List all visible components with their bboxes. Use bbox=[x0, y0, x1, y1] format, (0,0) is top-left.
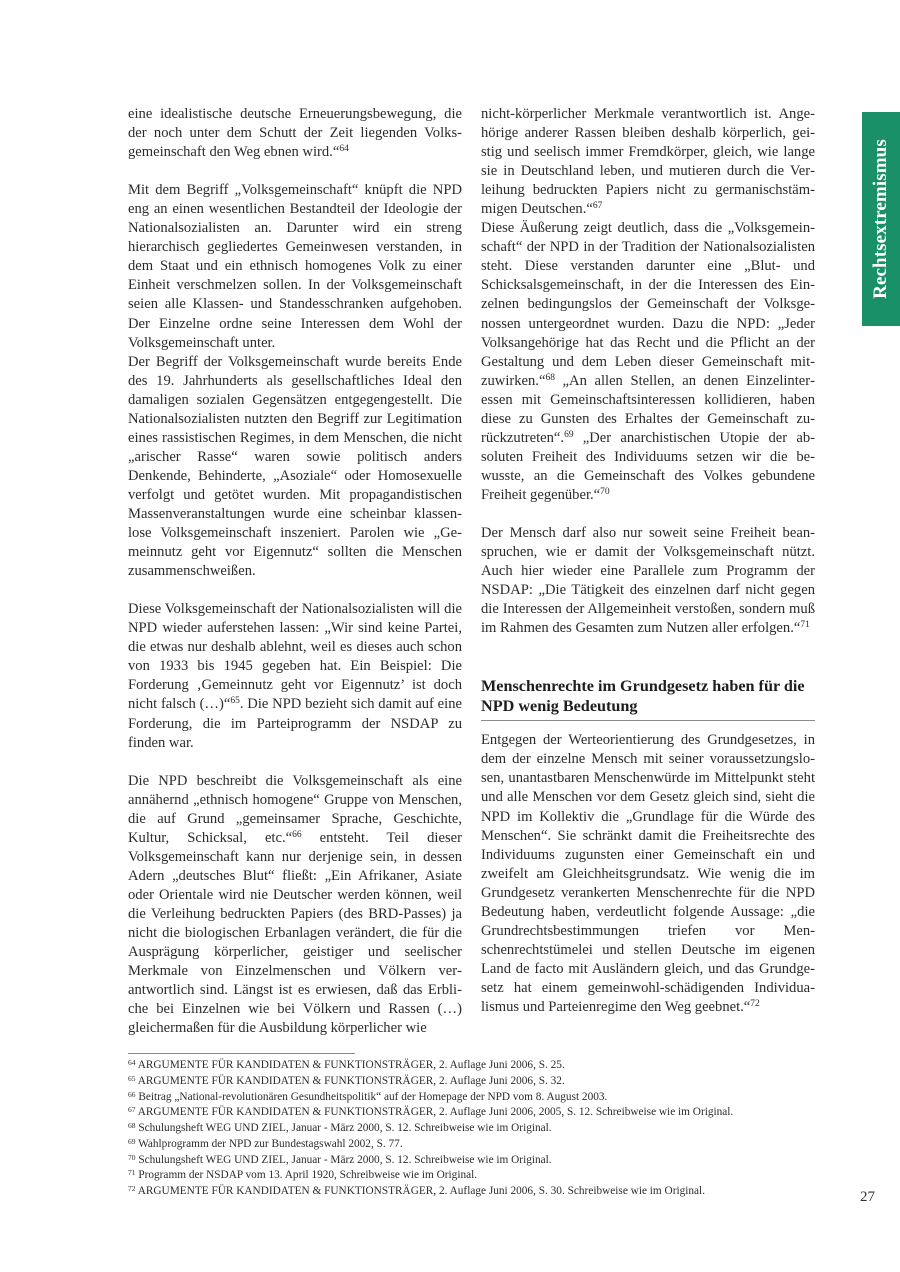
paragraph-text: Entgegen der Werteorientierung des Grund… bbox=[481, 732, 815, 1015]
footnote-item: 69 Wahlprogramm der NPD zur Bundestagswa… bbox=[128, 1137, 828, 1153]
left-text-column: eine idealistische deutsche Erneuerungsb… bbox=[128, 105, 462, 1038]
section-heading: Menschenrechte im Grundgesetz haben für … bbox=[481, 676, 815, 721]
footnote-ref[interactable]: 68 bbox=[545, 373, 555, 383]
footnotes: 64 ARGUMENTE FÜR KANDIDATEN & FUNKTIONST… bbox=[128, 1058, 828, 1200]
footnote-text: ARGUMENTE FÜR KANDIDATEN & FUNKTIONSTRÄG… bbox=[138, 1185, 705, 1197]
footnote-text: ARGUMENTE FÜR KANDIDATEN & FUNKTIONSTRÄG… bbox=[138, 1075, 565, 1087]
footnote-text: Schulungsheft WEG UND ZIEL, Januar - Mär… bbox=[138, 1154, 551, 1166]
paragraph: Der Begriff der Volksgemeinschaft wurde … bbox=[128, 353, 462, 582]
footnote-ref[interactable]: 72 bbox=[750, 999, 760, 1009]
footnote-number: 69 bbox=[128, 1137, 136, 1146]
chapter-tab-label: Rechtsextremismus bbox=[870, 139, 892, 299]
footnote-number: 67 bbox=[128, 1105, 136, 1114]
footnote-ref[interactable]: 66 bbox=[292, 830, 302, 840]
footnote-text: Beitrag „National-revolutionären Gesundh… bbox=[138, 1091, 607, 1103]
page-number: 27 bbox=[860, 1189, 875, 1206]
footnote-number: 70 bbox=[128, 1153, 136, 1162]
footnote-number: 72 bbox=[128, 1184, 136, 1193]
footnote-ref[interactable]: 70 bbox=[600, 487, 610, 497]
footnote-text: ARGUMENTE FÜR KANDIDATEN & FUNKTIONSTRÄG… bbox=[138, 1059, 565, 1071]
footnote-text: Wahlprogramm der NPD zur Bundestagswahl … bbox=[138, 1138, 403, 1150]
footnote-item: 70 Schulungsheft WEG UND ZIEL, Januar - … bbox=[128, 1153, 828, 1169]
footnote-text: Schulungsheft WEG UND ZIEL, Januar - Mär… bbox=[138, 1122, 551, 1134]
paragraph: Diese Äußerung zeigt deutlich, dass die … bbox=[481, 219, 815, 505]
paragraph: Entgegen der Werteorientierung des Grund… bbox=[481, 731, 815, 1017]
footnote-item: 65 ARGUMENTE FÜR KANDIDATEN & FUNKTIONST… bbox=[128, 1074, 828, 1090]
paragraph: Mit dem Begriff „Volksgemeinschaft“ knüp… bbox=[128, 181, 462, 352]
footnote-text: Programm der NSDAP vom 13. April 1920, S… bbox=[138, 1169, 477, 1181]
footnote-number: 66 bbox=[128, 1090, 136, 1099]
footnote-number: 65 bbox=[128, 1074, 136, 1083]
paragraph: Diese Volksgemeinschaft der Nationalsozi… bbox=[128, 600, 462, 752]
paragraph-text: Der Mensch darf also nur soweit seine Fr… bbox=[481, 525, 815, 636]
paragraph: Die NPD beschreibt die Volksgemeinschaft… bbox=[128, 772, 462, 1039]
footnote-number: 68 bbox=[128, 1121, 136, 1130]
footnote-item: 64 ARGUMENTE FÜR KANDIDATEN & FUNKTIONST… bbox=[128, 1058, 828, 1074]
footnote-ref[interactable]: 71 bbox=[800, 620, 810, 630]
footnote-item: 68 Schulungsheft WEG UND ZIEL, Januar - … bbox=[128, 1121, 828, 1137]
paragraph-text: eine idealistische deutsche Erneuerungsb… bbox=[128, 106, 462, 160]
footnote-ref[interactable]: 65 bbox=[230, 696, 240, 706]
footnote-ref[interactable]: 67 bbox=[593, 201, 603, 211]
footnote-item: 67 ARGUMENTE FÜR KANDIDATEN & FUNKTIONST… bbox=[128, 1105, 828, 1121]
footnote-ref[interactable]: 64 bbox=[339, 144, 349, 154]
footnote-text: ARGUMENTE FÜR KANDIDATEN & FUNKTIONSTRÄG… bbox=[138, 1106, 734, 1118]
footnote-number: 71 bbox=[128, 1168, 136, 1177]
right-text-column: nicht-körperlicher Merkmale verantwortli… bbox=[481, 105, 815, 1017]
footnote-item: 71 Programm der NSDAP vom 13. April 1920… bbox=[128, 1168, 828, 1184]
chapter-side-tab: Rechtsextremismus bbox=[862, 112, 900, 326]
footnote-ref[interactable]: 69 bbox=[564, 430, 574, 440]
footnote-item: 72 ARGUMENTE FÜR KANDIDATEN & FUNKTIONST… bbox=[128, 1184, 828, 1200]
paragraph-text: nicht-körperlicher Merkmale verantwortli… bbox=[481, 106, 815, 217]
paragraph: eine idealistische deutsche Erneuerungsb… bbox=[128, 105, 462, 162]
paragraph-text: entsteht. Teil dieser Volksgemeinschaft … bbox=[128, 830, 462, 1036]
paragraph: Der Mensch darf also nur soweit seine Fr… bbox=[481, 524, 815, 638]
footnote-number: 64 bbox=[128, 1058, 136, 1067]
footnote-divider bbox=[128, 1053, 355, 1054]
footnote-item: 66 Beitrag „National-revolutionären Gesu… bbox=[128, 1090, 828, 1106]
paragraph-text: Diese Äußerung zeigt deutlich, dass die … bbox=[481, 220, 815, 388]
paragraph: nicht-körperlicher Merkmale verantwortli… bbox=[481, 105, 815, 219]
